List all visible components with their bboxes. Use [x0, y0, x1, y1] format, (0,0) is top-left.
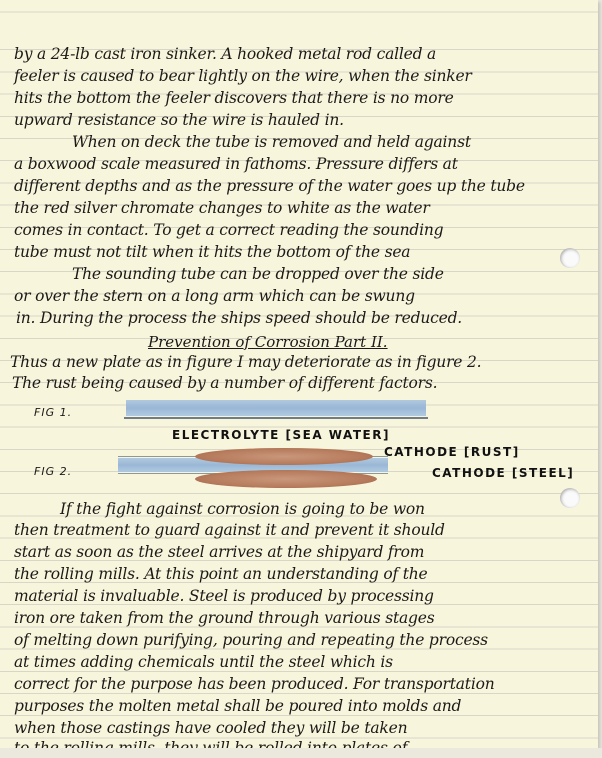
text-line: If the fight against corrosion is going … [60, 500, 425, 518]
text-line: a boxwood scale measured in fathoms. Pre… [14, 155, 458, 173]
text-line: The rust being caused by a number of dif… [12, 374, 437, 392]
text-line: at times adding chemicals until the stee… [14, 653, 393, 671]
fig2-rust-lower [195, 470, 377, 488]
text-line: When on deck the tube is removed and hel… [72, 133, 471, 151]
text-line: material is invaluable. Steel is produce… [14, 587, 434, 605]
fig2-rust-upper [195, 448, 373, 465]
notebook-page: by a 24-lb cast iron sinker. A hooked me… [0, 0, 598, 748]
page-edge [0, 748, 602, 758]
text-line: upward resistance so the wire is hauled … [14, 111, 344, 129]
text-line: the rolling mills. At this point an unde… [14, 565, 428, 583]
text-line: correct for the purpose has been produce… [14, 675, 495, 693]
section-title: Prevention of Corrosion Part II. [148, 333, 388, 351]
fig1-steel-plate [124, 417, 428, 419]
text-line: iron ore taken from the ground through v… [14, 609, 435, 627]
text-line: when those castings have cooled they wil… [14, 719, 407, 737]
text-line: different depths and as the pressure of … [14, 177, 525, 195]
text-line: by a 24-lb cast iron sinker. A hooked me… [14, 45, 436, 63]
text-line: or over the stern on a long arm which ca… [14, 287, 415, 305]
text-line: feeler is caused to bear lightly on the … [14, 67, 472, 85]
text-line: then treatment to guard against it and p… [14, 521, 445, 539]
text-line: The sounding tube can be dropped over th… [72, 265, 444, 283]
text-line: the red silver chromate changes to white… [14, 199, 430, 217]
text-line: tube must not tilt when it hits the bott… [14, 243, 410, 261]
text-line: of melting down purifying, pouring and r… [14, 631, 488, 649]
text-line: to the rolling mills, they will be rolle… [14, 739, 407, 748]
text-line: Thus a new plate as in figure I may dete… [10, 353, 481, 371]
fig1-label: FIG 1. [34, 406, 72, 419]
text-line: in. During the process the ships speed s… [16, 309, 462, 327]
fig1-sea-water [126, 400, 426, 416]
text-line: start as soon as the steel arrives at th… [14, 543, 424, 561]
punch-hole [560, 248, 580, 268]
cathode-rust-label: CATHODE [RUST] [384, 445, 520, 459]
electrolyte-label: ELECTROLYTE [SEA WATER] [172, 428, 390, 442]
text-line: purposes the molten metal shall be poure… [14, 697, 461, 715]
fig2-label: FIG 2. [34, 465, 72, 478]
cathode-steel-label: CATHODE [STEEL] [432, 466, 574, 480]
text-line: hits the bottom the feeler discovers tha… [14, 89, 454, 107]
text-line: comes in contact. To get a correct readi… [14, 221, 443, 239]
punch-hole [560, 488, 580, 508]
